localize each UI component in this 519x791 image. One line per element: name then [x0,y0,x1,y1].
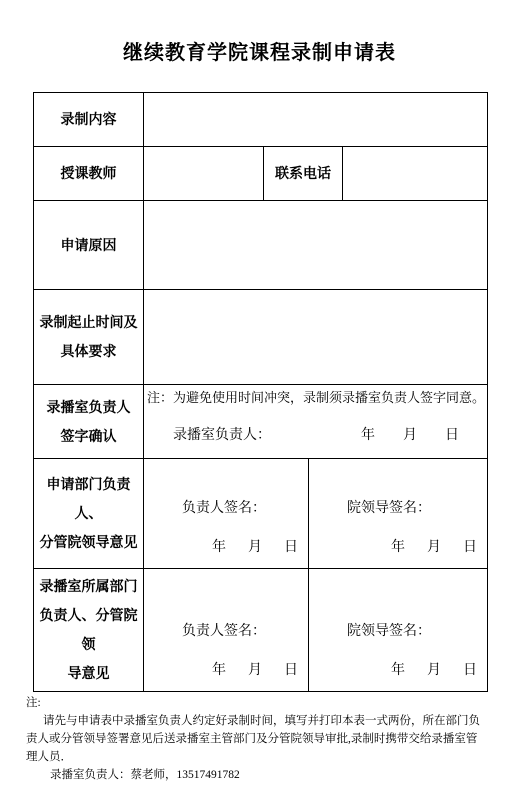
studio-dept-leader-date-blank: 年 月 日 [309,659,487,679]
schedule-requirements-field[interactable] [144,290,488,385]
notes-paragraph-line: 责人或分管领导签署意见后送录播室主管部门及分管院领导审批,录制时携带交给录播室管 [26,730,488,748]
studio-manager-sign-label: 录播室负责人： [173,424,271,444]
application-form-table: 录制内容 授课教师 联系电话 申请原因 录制起止时间及 具体要求 录播室负责人 … [33,92,488,692]
recording-content-field[interactable] [144,93,488,147]
dept-opinion-label: 申请部门负责人、 分管院领导意见 [34,459,144,569]
studio-dept-manager-sign-label: 负责人签名： [144,620,308,640]
dept-manager-sign-label: 负责人签名： [144,497,308,517]
notes-heading: 注: [26,694,488,712]
instructor-field[interactable] [144,147,264,201]
studio-confirmation-note: 注：为避免使用时间冲突，录制须录播室负责人签字同意。 [144,385,487,406]
instructor-label: 授课教师 [34,147,144,201]
studio-dept-manager-signature-cell[interactable]: 负责人签名： 年 月 日 [144,569,309,692]
footer-notes: 注: 请先与申请表中录播室负责人约定好录制时间，填写并打印本表一式两份，所在部门… [26,694,488,784]
page-title: 继续教育学院课程录制申请表 [0,36,519,65]
studio-confirmation-label: 录播室负责人 签字确认 [34,385,144,459]
notes-paragraph-line: 请先与申请表中录播室负责人约定好录制时间，填写并打印本表一式两份，所在部门负 [26,712,488,730]
row-recording-content: 录制内容 [34,93,488,147]
notes-paragraph-line: 理人员． [26,748,488,766]
dept-leader-sign-label: 院领导签名： [309,497,487,517]
row-dept-opinion: 申请部门负责人、 分管院领导意见 负责人签名： 年 月 日 院领导签名： 年 月… [34,459,488,569]
recording-content-label: 录制内容 [34,93,144,147]
studio-manager-contact: 录播室负责人：蔡老师，13517491782 [26,766,488,784]
studio-date-blank: 年 月 日 [361,424,459,444]
contact-phone-label: 联系电话 [264,147,343,201]
dept-leader-signature-cell[interactable]: 院领导签名： 年 月 日 [309,459,488,569]
studio-confirmation-cell[interactable]: 注：为避免使用时间冲突，录制须录播室负责人签字同意。 录播室负责人： 年 月 日 [144,385,488,459]
dept-manager-date-blank: 年 月 日 [144,536,308,556]
dept-leader-date-blank: 年 月 日 [309,536,487,556]
application-reason-field[interactable] [144,201,488,290]
application-reason-label: 申请原因 [34,201,144,290]
row-studio-dept-opinion: 录播室所属部门 负责人、分管院领 导意见 负责人签名： 年 月 日 院领导签名：… [34,569,488,692]
studio-sign-row: 录播室负责人： 年 月 日 [144,424,487,444]
row-instructor: 授课教师 联系电话 [34,147,488,201]
studio-dept-leader-signature-cell[interactable]: 院领导签名： 年 月 日 [309,569,488,692]
studio-dept-opinion-label: 录播室所属部门 负责人、分管院领 导意见 [34,569,144,692]
dept-manager-signature-cell[interactable]: 负责人签名： 年 月 日 [144,459,309,569]
form-document-page: 继续教育学院课程录制申请表 录制内容 授课教师 联系电话 申请原因 [0,0,519,791]
contact-phone-field[interactable] [343,147,488,201]
row-studio-confirmation: 录播室负责人 签字确认 注：为避免使用时间冲突，录制须录播室负责人签字同意。 录… [34,385,488,459]
studio-dept-leader-sign-label: 院领导签名： [309,620,487,640]
row-application-reason: 申请原因 [34,201,488,290]
row-schedule-requirements: 录制起止时间及 具体要求 [34,290,488,385]
schedule-requirements-label: 录制起止时间及 具体要求 [34,290,144,385]
studio-dept-manager-date-blank: 年 月 日 [144,659,308,679]
